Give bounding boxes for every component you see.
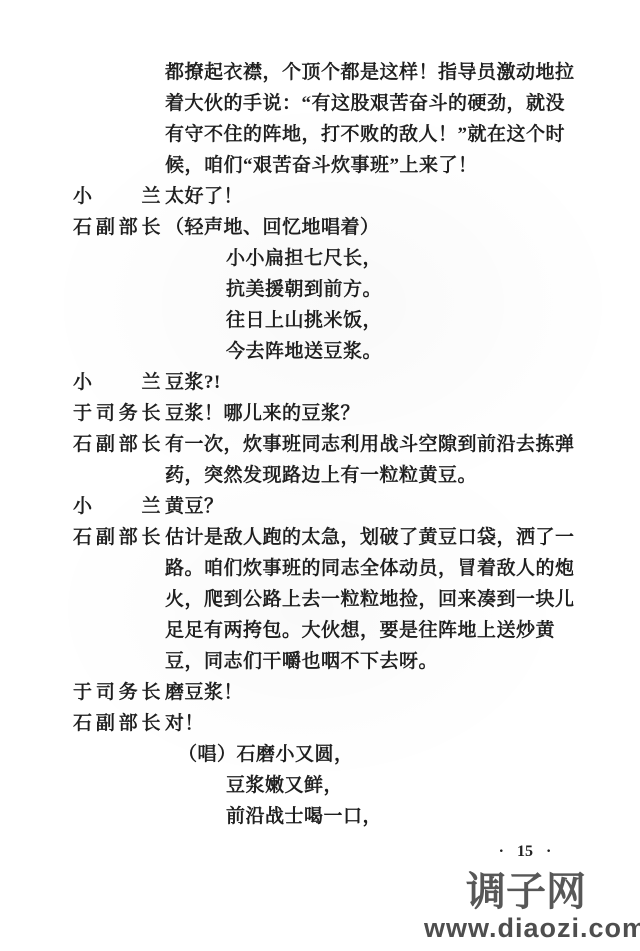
scanned-script-page: 都撩起衣襟，个顶个都是这样！指导员激动地拉 着大伙的手说：“有这股艰苦奋斗的硬劲…	[0, 0, 640, 951]
speaker-name: 小兰	[73, 367, 161, 398]
dialogue-text: 太好了！	[165, 181, 243, 212]
dialogue-text: 足足有两挎包。大伙想，要是往阵地上送炒黄	[165, 615, 555, 646]
script-line: 着大伙的手说：“有这股艰苦奋斗的硬劲，就没	[0, 88, 640, 119]
script-line: 都撩起衣襟，个顶个都是这样！指导员激动地拉	[0, 57, 640, 88]
script-line: 候，咱们“艰苦奋斗炊事班”上来了！	[0, 150, 640, 181]
lyric-line: 抗美援朝到前方。	[226, 274, 382, 305]
dialogue-text: 都撩起衣襟，个顶个都是这样！指导员激动地拉	[165, 57, 575, 88]
script-line: 足足有两挎包。大伙想，要是往阵地上送炒黄	[0, 615, 640, 646]
speaker-name: 于司务长	[73, 398, 161, 429]
lyric-line: 往日上山挑米饭，	[226, 305, 382, 336]
speaker-name: 小兰	[73, 181, 161, 212]
script-line: 火，爬到公路上去一粒粒地捡，回来凑到一块儿	[0, 584, 640, 615]
lyric-line: （唱）石磨小又圆，	[178, 739, 354, 770]
script-line: 豆，同志们干嚼也咽不下去呀。	[0, 646, 640, 677]
script-line: 抗美援朝到前方。	[0, 274, 640, 305]
dialogue-text: 磨豆浆！	[165, 677, 243, 708]
speaker-name: 石副部长	[73, 708, 161, 739]
script-line: 于司务长 磨豆浆！	[0, 677, 640, 708]
script-line: 前沿战士喝一口，	[0, 801, 640, 832]
watermark-site-url: www.diaozi.com	[424, 913, 640, 943]
speaker-name: 石副部长	[73, 429, 161, 460]
speaker-name: 小兰	[73, 491, 161, 522]
lyric-line: 小小扁担七尺长，	[226, 243, 382, 274]
dialogue-text: 估计是敌人跑的太急，划破了黄豆口袋，洒了一	[165, 522, 575, 553]
script-line: 小小扁担七尺长，	[0, 243, 640, 274]
page-number: · 15 ·	[455, 842, 595, 862]
script-line: 小兰 豆浆?!	[0, 367, 640, 398]
script-line: 小兰 黄豆？	[0, 491, 640, 522]
script-line: 小兰 太好了！	[0, 181, 640, 212]
watermark-site-name: 调子网	[466, 871, 586, 913]
script-line: （唱）石磨小又圆，	[0, 739, 640, 770]
dialogue-text: 着大伙的手说：“有这股艰苦奋斗的硬劲，就没	[165, 88, 565, 119]
script-line: 石副部长 对！	[0, 708, 640, 739]
dialogue-text: 有一次，炊事班同志利用战斗空隙到前沿去拣弹	[165, 429, 575, 460]
script-line: 于司务长 豆浆！哪儿来的豆浆？	[0, 398, 640, 429]
dialogue-text: 有守不住的阵地，打不败的敌人！”就在这个时	[165, 119, 565, 150]
lyric-line: 今去阵地送豆浆。	[226, 336, 382, 367]
dialogue-text: 候，咱们“艰苦奋斗炊事班”上来了！	[165, 150, 478, 181]
script-line: 有守不住的阵地，打不败的敌人！”就在这个时	[0, 119, 640, 150]
stage-direction: （轻声地、回忆地唱着）	[165, 212, 380, 243]
script-line: 路。咱们炊事班的同志全体动员，冒着敌人的炮	[0, 553, 640, 584]
dialogue-text: 豆浆?!	[165, 367, 221, 398]
dialogue-text: 火，爬到公路上去一粒粒地捡，回来凑到一块儿	[165, 584, 575, 615]
dialogue-text: 路。咱们炊事班的同志全体动员，冒着敌人的炮	[165, 553, 575, 584]
speaker-name: 于司务长	[73, 677, 161, 708]
script-line: 往日上山挑米饭，	[0, 305, 640, 336]
dialogue-text: 豆，同志们干嚼也咽不下去呀。	[165, 646, 438, 677]
script-line: 药，突然发现路边上有一粒粒黄豆。	[0, 460, 640, 491]
speaker-name: 石副部长	[73, 212, 161, 243]
script-line: 今去阵地送豆浆。	[0, 336, 640, 367]
script-line: 石副部长 估计是敌人跑的太急，划破了黄豆口袋，洒了一	[0, 522, 640, 553]
script-line: 豆浆嫩又鲜，	[0, 770, 640, 801]
script-line: 石副部长 有一次，炊事班同志利用战斗空隙到前沿去拣弹	[0, 429, 640, 460]
dialogue-text: 黄豆？	[165, 491, 224, 522]
speaker-name: 石副部长	[73, 522, 161, 553]
dialogue-text: 药，突然发现路边上有一粒粒黄豆。	[165, 460, 477, 491]
script-line: 石副部长 （轻声地、回忆地唱着）	[0, 212, 640, 243]
dialogue-text: 豆浆！哪儿来的豆浆？	[165, 398, 360, 429]
lyric-line: 前沿战士喝一口，	[226, 801, 382, 832]
dialogue-text: 对！	[165, 708, 204, 739]
lyric-line: 豆浆嫩又鲜，	[226, 770, 343, 801]
